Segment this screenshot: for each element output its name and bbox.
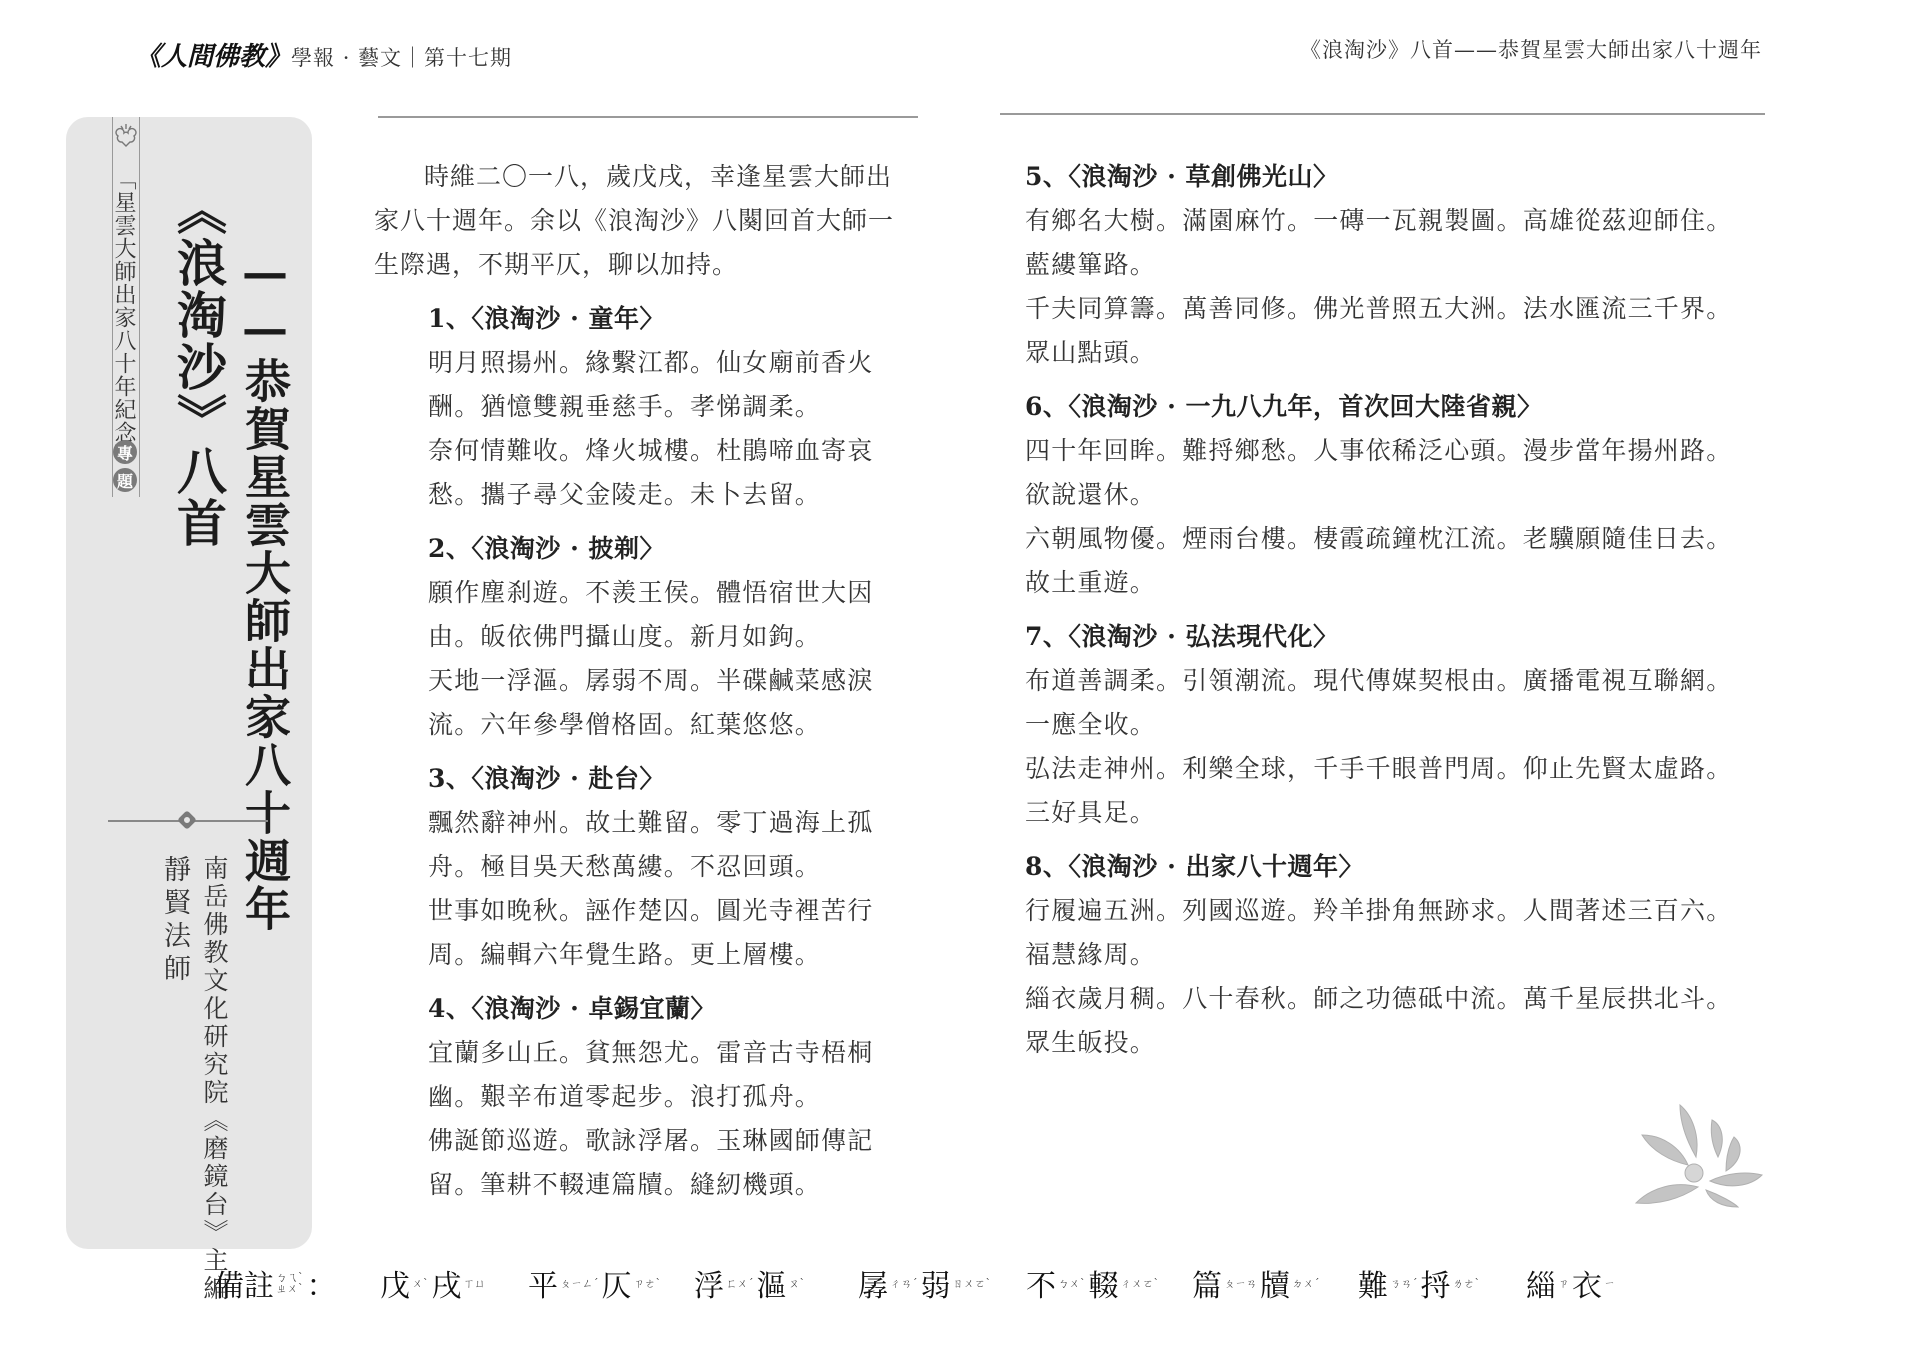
- poem-line: 六朝風物優。煙雨台樓。棲霞疏鐘枕江流。老驥願隨佳日去。: [1025, 517, 1785, 561]
- poem-line: 由。皈依佛門攝山度。新月如鉤。: [428, 615, 914, 659]
- zhuyin: ㄋㄢˊ: [1390, 1278, 1418, 1289]
- poem-line: 留。筆耕不輟連篇牘。縫紉機頭。: [428, 1163, 914, 1207]
- journal-name: 《人間佛教》: [135, 42, 291, 72]
- poem-line: 四十年回眸。難捋鄉愁。人事依稀泛心頭。漫步當年揚州路。: [1025, 429, 1785, 473]
- poem-line: 有鄉名大樹。滿園麻竹。一磚一瓦親製圖。高雄從茲迎師住。: [1025, 199, 1785, 243]
- poem-2: 2、〈浪淘沙 · 披剃〉 願作塵刹遊。不羨王侯。體悟宿世大因 由。皈依佛門攝山度…: [374, 527, 914, 747]
- poem-title: 4、〈浪淘沙 · 卓錫宜蘭〉: [428, 987, 914, 1031]
- zhuyin: ㄗ: [1558, 1278, 1569, 1289]
- poem-line: 福慧緣周。: [1025, 933, 1785, 977]
- poem-5: 5、〈浪淘沙 · 草創佛光山〉 有鄉名大樹。滿園麻竹。一磚一瓦親製圖。高雄從茲迎…: [1025, 155, 1785, 375]
- topic-badge-2: 題: [113, 468, 137, 492]
- poem-line: 宜蘭多山丘。貧無怨尤。雷音古寺梧桐: [428, 1031, 914, 1075]
- footnote-label-char: 備註: [214, 1261, 274, 1305]
- poem-title: 2、〈浪淘沙 · 披剃〉: [428, 527, 914, 571]
- poem-line: 三好具足。: [1025, 791, 1785, 835]
- poem-line: 弘法走神州。利樂全球，千手千眼普門周。仰止先賢太虛路。: [1025, 747, 1785, 791]
- poem-line: 眾生皈投。: [1025, 1021, 1785, 1065]
- article-title: 《浪淘沙》八首: [162, 185, 234, 549]
- poem-3: 3、〈浪淘沙 · 赴台〉 飄然辭神州。故土難留。零丁過海上孤 舟。極目吳天愁萬縷…: [374, 757, 914, 977]
- poem-title: 8、〈浪淘沙 · 出家八十週年〉: [1025, 845, 1785, 889]
- zhuyin: ㄡˋ: [789, 1278, 806, 1289]
- poem-line: 一應全收。: [1025, 703, 1785, 747]
- poem-line: 奈何情難收。烽火城樓。杜鵑啼血寄哀: [428, 429, 914, 473]
- zhuyin: ㄈㄨˊ: [726, 1278, 754, 1289]
- top-rule-left: [378, 116, 918, 118]
- poem-line: 故土重遊。: [1025, 561, 1785, 605]
- poem-line: 世事如晚秋。誣作楚囚。圓光寺裡苦行: [428, 889, 914, 933]
- running-header-left: 《人間佛教》學報 · 藝文｜第十七期: [135, 36, 512, 73]
- poem-title: 5、〈浪淘沙 · 草創佛光山〉: [1025, 155, 1785, 199]
- poem-line: 千夫同算籌。萬善同修。佛光普照五大洲。法水匯流三千界。: [1025, 287, 1785, 331]
- poem-line: 行履遍五洲。列國巡遊。羚羊掛角無跡求。人間著述三百六。: [1025, 889, 1785, 933]
- footnote-term: 難ㄋㄢˊ捋ㄌㄜˋ: [1358, 1258, 1483, 1308]
- zhuyin: ㄅㄨˋ: [1058, 1278, 1086, 1289]
- issue-info: 學報 · 藝文｜第十七期: [291, 46, 512, 70]
- series-label: 「星雲大師出家八十年紀念」: [111, 168, 139, 467]
- poem-line: 明月照揚州。緣繫江都。仙女廟前香火: [428, 341, 914, 385]
- poem-line: 酬。猶憶雙親垂慈手。孝悌調柔。: [428, 385, 914, 429]
- footnote-term: 平ㄆㄧㄥˊ仄ㄗㄜˋ: [528, 1258, 664, 1308]
- topic-badge-1: 專: [113, 440, 137, 464]
- zhuyin: ㄉㄨˊ: [1292, 1278, 1320, 1289]
- poem-line: 緇衣歲月稠。八十春秋。師之功德砥中流。萬千星辰拱北斗。: [1025, 977, 1785, 1021]
- zhuyin: ㄧ: [1604, 1278, 1615, 1289]
- running-header-right: 《浪淘沙》八首——恭賀星雲大師出家八十週年: [1300, 34, 1762, 64]
- poem-line: 藍縷篳路。: [1025, 243, 1785, 287]
- author-name: 靜賢法師: [155, 855, 194, 987]
- top-rule-right: [1000, 113, 1765, 115]
- zhuyin: ㄒㄩ: [464, 1278, 486, 1289]
- zhuyin: ㄆㄧㄢ: [1224, 1278, 1257, 1289]
- footnote-term: 孱ㄔㄢˊ弱ㄖㄨㄛˋ: [858, 1258, 994, 1308]
- intro-paragraph: 時維二〇一八，歲戊戌，幸逢星雲大師出家八十週年。余以《浪淘沙》八闋回首大師一生際…: [374, 155, 914, 287]
- zhuyin: ㄅㄟˋㄓㄨˋ: [276, 1272, 304, 1294]
- poem-7: 7、〈浪淘沙 · 弘法現代化〉 布道善調柔。引領潮流。現代傳媒契根由。廣播電視互…: [1025, 615, 1785, 835]
- cloud-ornament-icon: [113, 120, 139, 150]
- poem-line: 幽。艱辛布道零起步。浪打孤舟。: [428, 1075, 914, 1119]
- poem-line: 佛誕節巡遊。歌詠浮屠。玉琳國師傳記: [428, 1119, 914, 1163]
- zhuyin: ㄆㄧㄥˊ: [560, 1278, 599, 1289]
- poem-line: 舟。極目吳天愁萬縷。不忍回頭。: [428, 845, 914, 889]
- zhuyin: ㄔㄢˊ: [890, 1278, 918, 1289]
- zhuyin: ㄗㄜˋ: [634, 1278, 662, 1289]
- poem-line: 布道善調柔。引領潮流。現代傳媒契根由。廣播電視互聯網。: [1025, 659, 1785, 703]
- poem-line: 欲說還休。: [1025, 473, 1785, 517]
- poem-line: 愁。攜子尋父金陵走。未卜去留。: [428, 473, 914, 517]
- poem-title: 1、〈浪淘沙 · 童年〉: [428, 297, 914, 341]
- poem-8: 8、〈浪淘沙 · 出家八十週年〉 行履遍五洲。列國巡遊。羚羊掛角無跡求。人間著述…: [1025, 845, 1785, 1065]
- footnote-term: 浮ㄈㄨˊ漚ㄡˋ: [694, 1258, 808, 1308]
- poem-line: 流。六年參學僧格固。紅葉悠悠。: [428, 703, 914, 747]
- poem-title: 7、〈浪淘沙 · 弘法現代化〉: [1025, 615, 1785, 659]
- body-column-right: 5、〈浪淘沙 · 草創佛光山〉 有鄉名大樹。滿園麻竹。一磚一瓦親製圖。高雄從茲迎…: [1025, 155, 1785, 1075]
- poem-title: 3、〈浪淘沙 · 赴台〉: [428, 757, 914, 801]
- footnote-term: 篇ㄆㄧㄢ牘ㄉㄨˊ: [1192, 1258, 1323, 1308]
- poem-line: 眾山點頭。: [1025, 331, 1785, 375]
- footnote-term: 戊ㄨˋ戌ㄒㄩ: [380, 1258, 489, 1308]
- poem-line: 周。編輯六年覺生路。更上層樓。: [428, 933, 914, 977]
- author-affiliation: 南岳佛教文化研究院《磨鏡台》主編: [196, 855, 232, 1303]
- zhuyin: ㄔㄨㄛˋ: [1121, 1278, 1160, 1289]
- article-subtitle: ——恭賀星雲大師出家八十週年: [232, 245, 298, 933]
- poem-title: 6、〈浪淘沙 · 一九八九年，首次回大陸省親〉: [1025, 385, 1785, 429]
- poem-line: 願作塵刹遊。不羨王侯。體悟宿世大因: [428, 571, 914, 615]
- poem-4: 4、〈浪淘沙 · 卓錫宜蘭〉 宜蘭多山丘。貧無怨尤。雷音古寺梧桐 幽。艱辛布道零…: [374, 987, 914, 1207]
- zhuyin: ㄌㄜˋ: [1453, 1278, 1481, 1289]
- poem-1: 1、〈浪淘沙 · 童年〉 明月照揚州。緣繫江都。仙女廟前香火 酬。猶憶雙親垂慈手…: [374, 297, 914, 517]
- poem-line: 天地一浮漚。孱弱不周。半碟鹹菜感淚: [428, 659, 914, 703]
- zhuyin: ㄖㄨㄛˋ: [953, 1278, 992, 1289]
- body-column-left: 時維二〇一八，歲戊戌，幸逢星雲大師出家八十週年。余以《浪淘沙》八闋回首大師一生際…: [374, 155, 914, 1217]
- footnote-term: 緇ㄗ衣ㄧ: [1526, 1258, 1618, 1308]
- footnote-term: 不ㄅㄨˋ輟ㄔㄨㄛˋ: [1026, 1258, 1162, 1308]
- lotus-ornament-icon: [1622, 1095, 1772, 1210]
- zhuyin: ㄨˋ: [412, 1278, 429, 1289]
- footnote-label: 備註ㄅㄟˋㄓㄨˋ：: [214, 1258, 337, 1308]
- poem-6: 6、〈浪淘沙 · 一九八九年，首次回大陸省親〉 四十年回眸。難捋鄉愁。人事依稀泛…: [1025, 385, 1785, 605]
- poem-line: 飄然辭神州。故土難留。零丁過海上孤: [428, 801, 914, 845]
